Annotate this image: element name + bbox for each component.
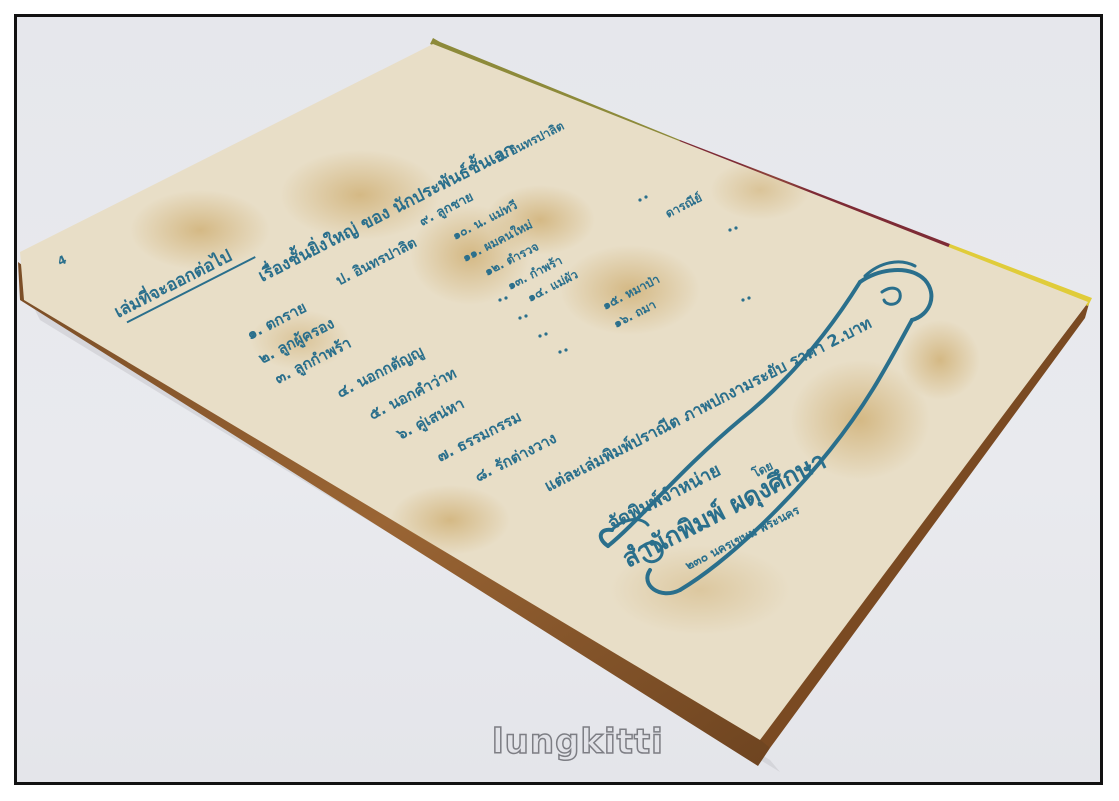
- book-photo: 4 เล่มที่จะออกต่อไป เรื่องชั้นยิ่งใหญ่ ข…: [0, 0, 1119, 801]
- watermark: lungkitti: [492, 722, 664, 762]
